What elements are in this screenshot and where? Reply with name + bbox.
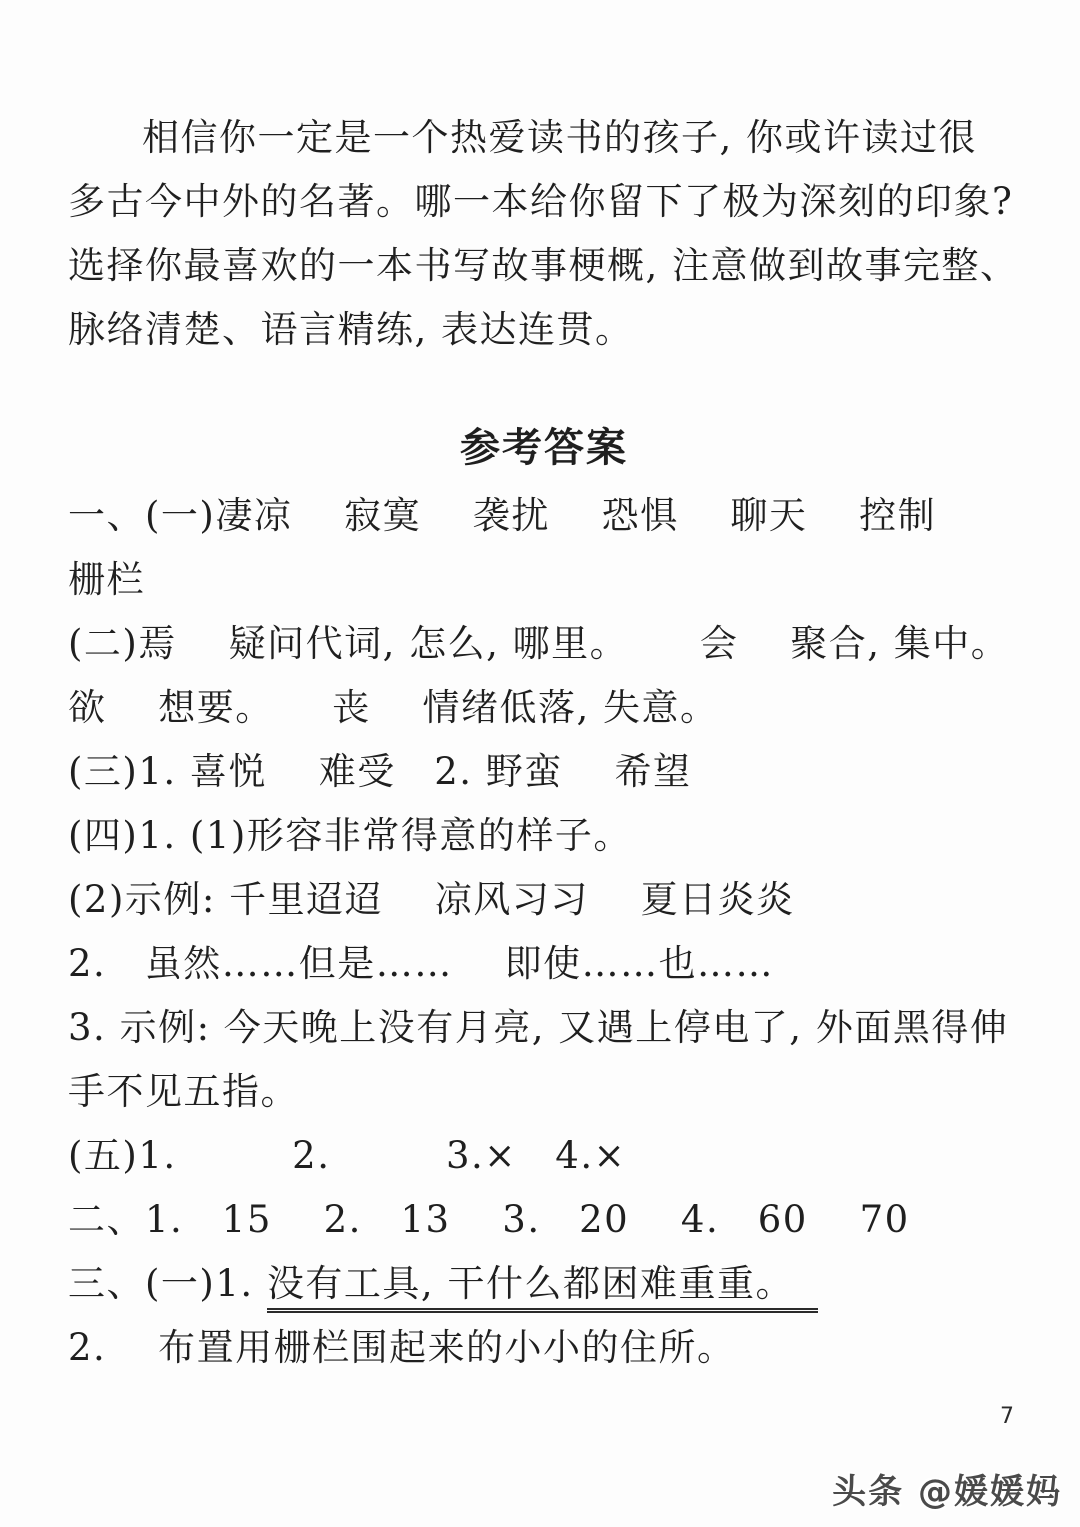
answers-list: 一、(一)凄凉 寂寞 袭扰 恐惧 聊天 控制 栅栏 (二)焉 疑问代词, 怎么,… — [68, 484, 1020, 1380]
document-page: 相信你一定是一个热爱读书的孩子, 你或许读过很 多古今中外的名著。哪一本给你留下… — [0, 0, 1080, 1527]
answer-line: 2. 虽然……但是…… 即使……也…… — [68, 932, 1020, 996]
prompt-line: 相信你一定是一个热爱读书的孩子, 你或许读过很 — [68, 106, 1020, 170]
answer-line: (四)1. (1)形容非常得意的样子。 — [68, 804, 1020, 868]
answer-line: (二)焉 疑问代词, 怎么, 哪里。 会 聚合, 集中。 — [68, 612, 1020, 676]
answer-line: (2)示例: 千里迢迢 凉风习习 夏日炎炎 — [68, 868, 1020, 932]
watermark: 头条 @媛媛妈 — [832, 1464, 1062, 1513]
answer-line: 三、(一)1. 没有工具, 干什么都困难重重。 — [68, 1252, 1020, 1316]
answers-heading: 参考答案 — [68, 416, 1020, 480]
answer-line: 欲 想要。 丧 情绪低落, 失意。 — [68, 676, 1020, 740]
answer-line: (三)1. 喜悦 难受 2. 野蛮 希望 — [68, 740, 1020, 804]
prompt-line: 选择你最喜欢的一本书写故事梗概, 注意做到故事完整、 — [68, 234, 1020, 298]
answer-line: 3. 示例: 今天晚上没有月亮, 又遇上停电了, 外面黑得伸 — [68, 996, 1020, 1060]
answer-prefix: 三、(一)1. — [68, 1262, 267, 1305]
answer-line: 2. 布置用栅栏围起来的小小的住所。 — [68, 1316, 1020, 1380]
answer-line: 手不见五指。 — [68, 1060, 1020, 1124]
answer-line: (五)1. 2. 3.× 4.× — [68, 1124, 1020, 1188]
underlined-answer: 没有工具, 干什么都困难重重。 — [267, 1262, 818, 1313]
prompt-line: 脉络清楚、语言精练, 表达连贯。 — [68, 298, 1020, 362]
answer-line: 二、1. 15 2. 13 3. 20 4. 60 70 — [68, 1188, 1020, 1252]
page-content: 相信你一定是一个热爱读书的孩子, 你或许读过很 多古今中外的名著。哪一本给你留下… — [68, 106, 1020, 1380]
writing-prompt: 相信你一定是一个热爱读书的孩子, 你或许读过很 多古今中外的名著。哪一本给你留下… — [68, 106, 1020, 362]
prompt-line: 多古今中外的名著。哪一本给你留下了极为深刻的印象? — [68, 170, 1020, 234]
answer-line: 一、(一)凄凉 寂寞 袭扰 恐惧 聊天 控制 栅栏 — [68, 484, 1020, 612]
page-number: 7 — [1000, 1404, 1014, 1429]
